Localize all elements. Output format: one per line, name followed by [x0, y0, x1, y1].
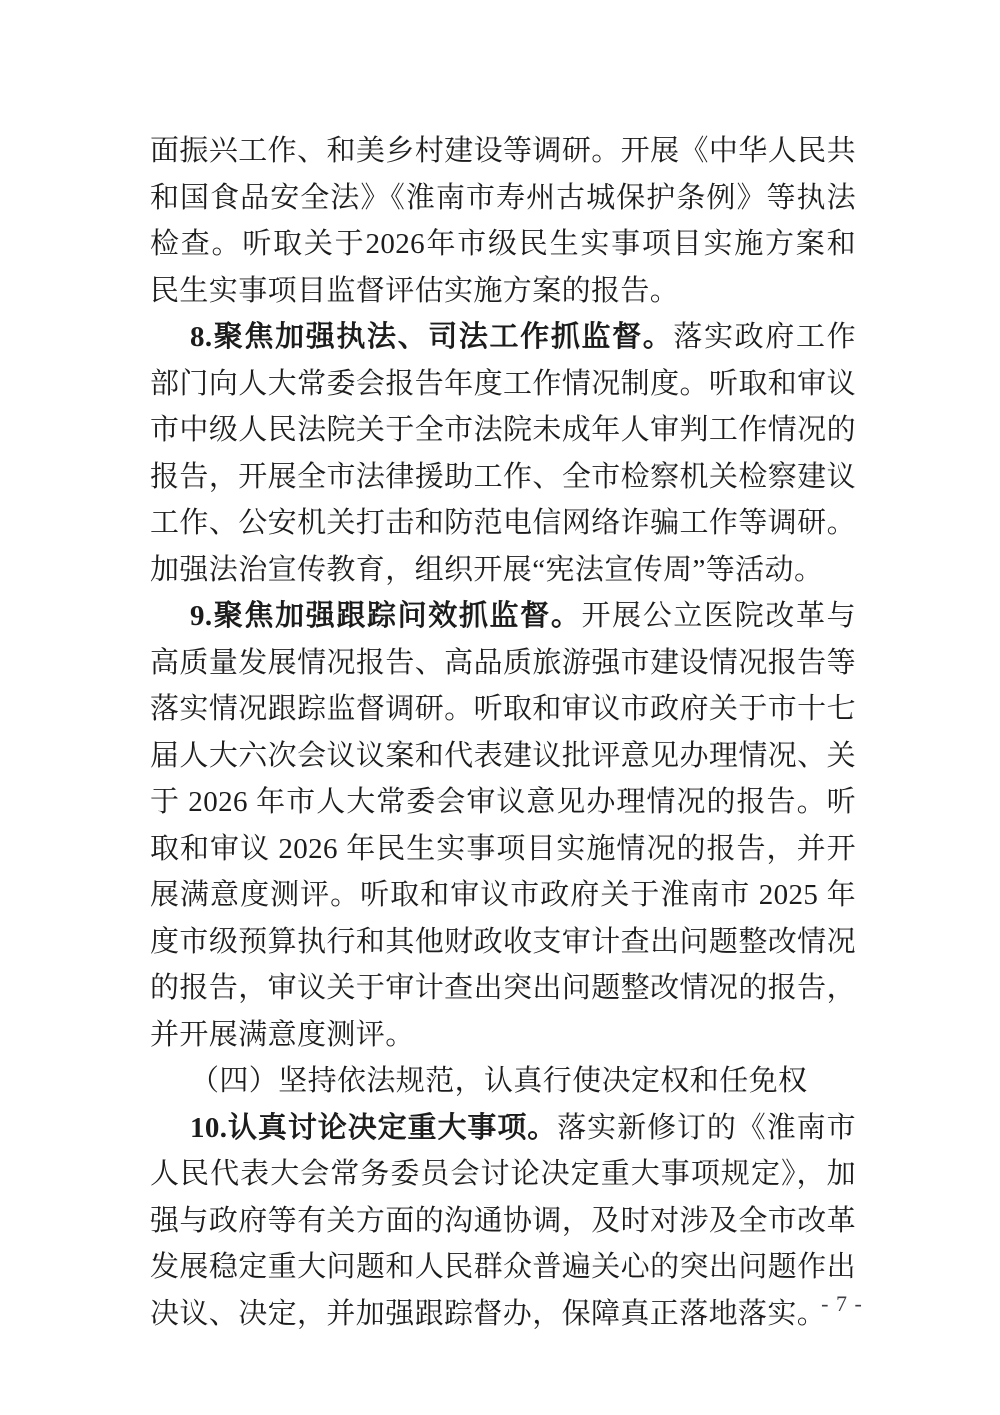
paragraph-text: 面振兴工作、和美乡村建设等调研。开展《中华人民共和国食品安全法》《淮南市寿州古城…	[150, 135, 856, 307]
paragraph-text: 落实新修订的《淮南市人民代表大会常务委员会讨论决定重大事项规定》，加强与政府等有…	[150, 1112, 856, 1330]
document-body: 面振兴工作、和美乡村建设等调研。开展《中华人民共和国食品安全法》《淮南市寿州古城…	[150, 128, 856, 1337]
paragraph-bold-lead: 10.认真讨论决定重大事项。	[190, 1112, 557, 1144]
section-heading: （四）坚持依法规范，认真行使决定权和任免权	[150, 1058, 856, 1105]
paragraph-bold-lead: 9.聚焦加强跟踪问效抓监督。	[190, 600, 581, 632]
paragraph-text: 落实政府工作部门向人大常委会报告年度工作情况制度。听取和审议市中级人民法院关于全…	[150, 321, 856, 586]
paragraph: 9.聚焦加强跟踪问效抓监督。开展公立医院改革与高质量发展情况报告、高品质旅游强市…	[150, 593, 856, 1058]
page-number: - 7 -	[812, 1292, 872, 1316]
paragraph: 10.认真讨论决定重大事项。落实新修订的《淮南市人民代表大会常务委员会讨论决定重…	[150, 1105, 856, 1338]
paragraph-bold-lead: 8.聚焦加强执法、司法工作抓监督。	[190, 321, 673, 353]
paragraph: 8.聚焦加强执法、司法工作抓监督。落实政府工作部门向人大常委会报告年度工作情况制…	[150, 314, 856, 593]
section-heading-text: （四）坚持依法规范，认真行使决定权和任免权	[190, 1065, 807, 1097]
paragraph: 面振兴工作、和美乡村建设等调研。开展《中华人民共和国食品安全法》《淮南市寿州古城…	[150, 128, 856, 314]
document-page: 面振兴工作、和美乡村建设等调研。开展《中华人民共和国食品安全法》《淮南市寿州古城…	[0, 0, 1000, 1415]
paragraph-text: 开展公立医院改革与高质量发展情况报告、高品质旅游强市建设情况报告等落实情况跟踪监…	[150, 600, 856, 1051]
